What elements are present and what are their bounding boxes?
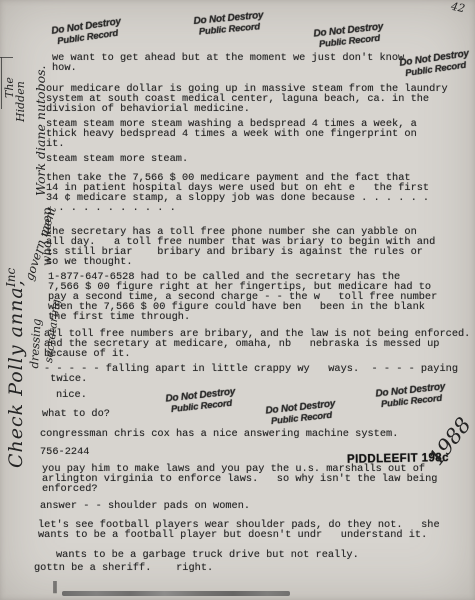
paragraph: congressman chris cox has a nice answeri…: [40, 429, 398, 439]
paragraph: the secretary has a toll free phone numb…: [46, 227, 435, 267]
paragraph: steam steam more steam.: [46, 154, 188, 164]
do-not-destroy-stamp: Do Not Destroy Public Record: [185, 10, 273, 38]
margin-bracket-line: [1, 57, 2, 109]
paragraph: 756-2244: [40, 447, 89, 457]
handwritten-note: Hidden: [14, 81, 27, 122]
paragraph: what to do?: [42, 409, 110, 419]
paragraph: all toll free numbers are bribary, and t…: [44, 329, 470, 359]
handwritten-tick-marks: ‖: [52, 579, 58, 593]
paragraph: our medicare dollar is going up in massi…: [46, 84, 448, 114]
paragraph: you pay him to make laws and you pay the…: [42, 464, 437, 494]
paragraph: answer - - shoulder pads on women.: [40, 501, 250, 511]
handwritten-corner-mark: 42: [450, 0, 466, 15]
paragraph: gottn be a sheriff. right.: [34, 563, 213, 573]
do-not-destroy-stamp: Do Not Destroy Public Record: [257, 399, 345, 429]
do-not-destroy-stamp: Do Not Destroy Public Record: [305, 22, 393, 52]
do-not-destroy-stamp: Do Not Destroy Public Record: [157, 387, 245, 417]
paragraph: nice.: [56, 390, 87, 400]
do-not-destroy-stamp: Do Not Destroy Public Record: [367, 382, 455, 412]
paragraph: 1-877-647-6528 had to be called and the …: [48, 272, 437, 322]
paragraph: then take the 7,566 $ 00 medicare paymen…: [46, 173, 429, 213]
paragraph: - - - - - falling apart in little crappy…: [44, 364, 458, 384]
handwritten-note: dressing: [27, 318, 44, 369]
scan-smudge-bar: [62, 591, 290, 596]
paragraph: we want to get ahead but at the moment w…: [52, 53, 404, 73]
paragraph: wants to be a garbage truck drive but no…: [56, 550, 359, 560]
do-not-destroy-stamp: Do Not Destroy Public Record: [43, 16, 131, 49]
paragraph: let's see football players wear shoulder…: [38, 520, 440, 540]
scanned-letter-page: Do Not Destroy Public Record Do Not Dest…: [0, 0, 475, 600]
handwritten-note: Work diane nutobos.: [33, 66, 48, 197]
paragraph: steam steam more steam washing a bedspre…: [46, 119, 417, 149]
handwritten-year: 1988: [424, 413, 475, 470]
handwritten-note: Check Polly anna,: [5, 279, 27, 468]
